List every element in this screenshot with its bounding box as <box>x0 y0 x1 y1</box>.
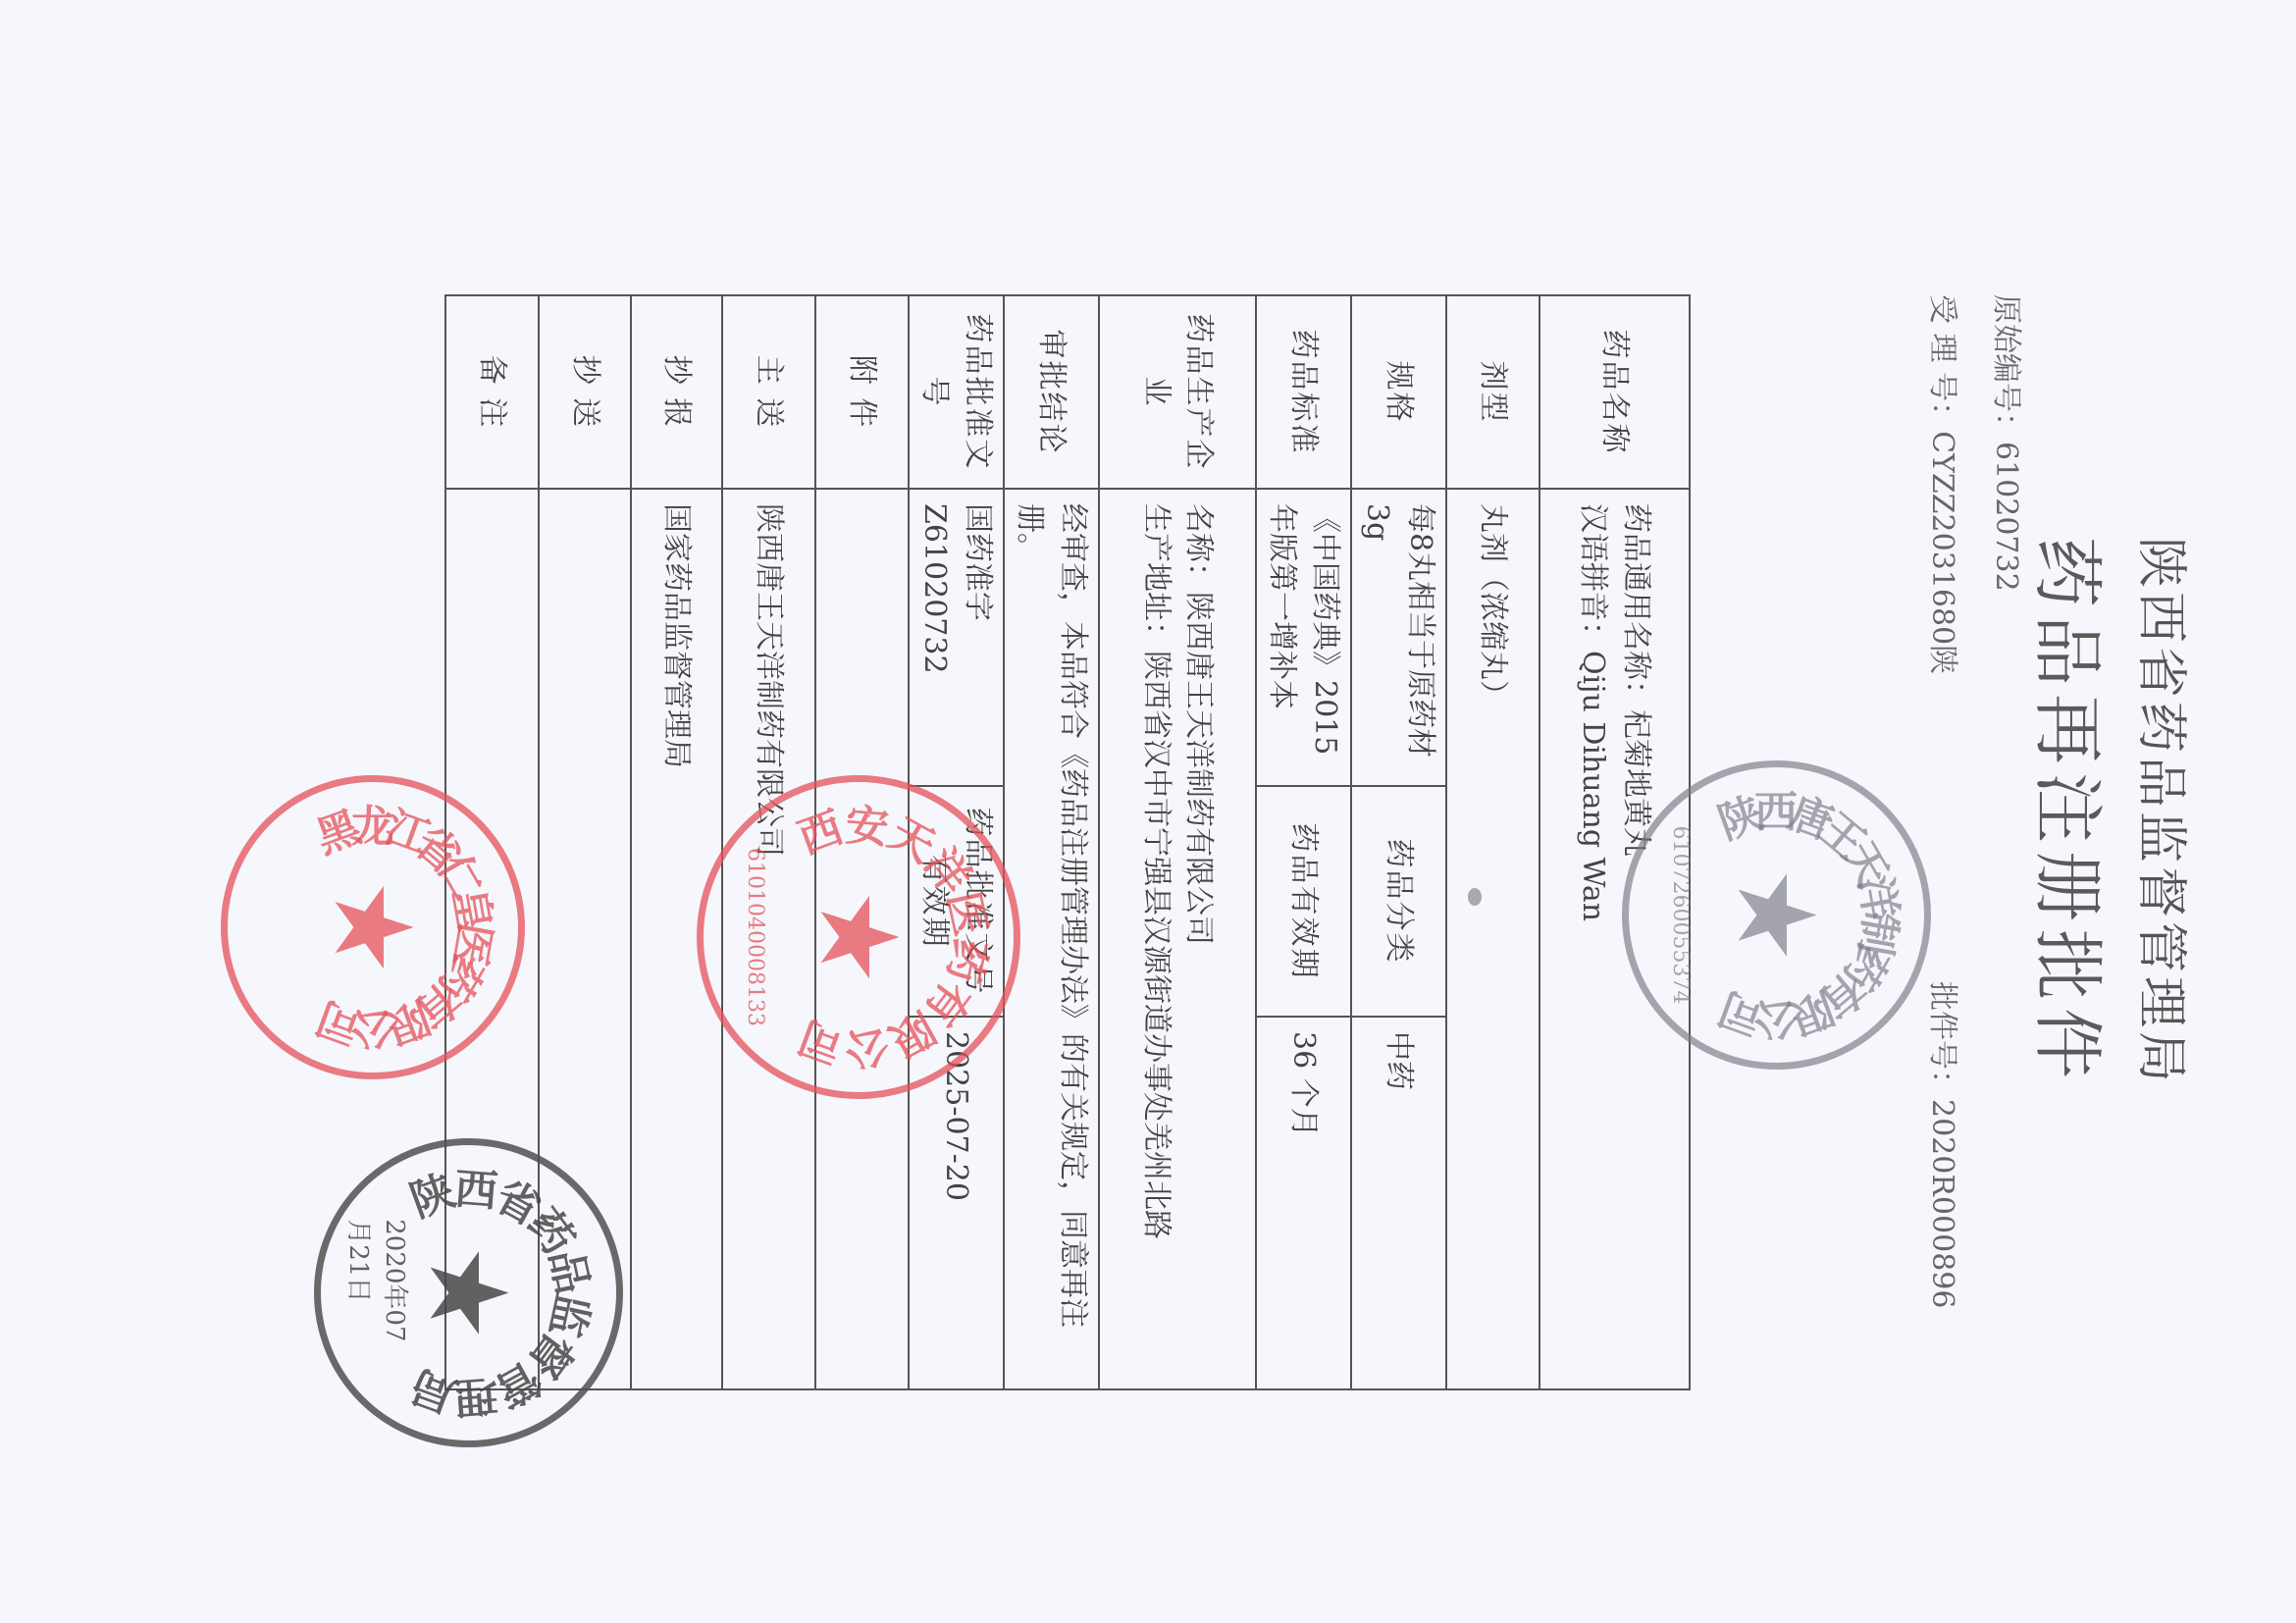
value-drug-category: 中药 <box>1351 1017 1446 1389</box>
agency-seal: 陕西省药品监督管理局2020年07月21日 ★ <box>314 1138 623 1447</box>
document-page: 陕西省药品监督管理局 药品再注册批件 原始编号：61020732 受 理 号：C… <box>0 0 2296 1623</box>
manufacturer-name: 名称：陕西唐王天洋制药有限公司 <box>1177 503 1221 1375</box>
label-drug-name: 药品名称 <box>1539 295 1690 489</box>
row-standard: 药品标准 《中国药典》2015年版第一增补本 药品有效期 36 个月 <box>1256 295 1351 1389</box>
label-approval-number: 药品批准文号 <box>909 295 1004 489</box>
row-manufacturer: 药品生产企业 名称：陕西唐王天洋制药有限公司 生产地址：陕西省汉中市宁强县汉源街… <box>1099 295 1256 1389</box>
red-seal-heilongjiang: 黑龙江省仁皇医药有限公司 ★ <box>221 775 525 1079</box>
label-attachment: 附 件 <box>815 295 909 489</box>
label-drug-category: 药品分类 <box>1351 786 1446 1017</box>
company-seal: 陕西唐王天洋制药有限公司6107260055374 ★ <box>1622 760 1931 1070</box>
value-dosage-form: 丸剂（浓缩丸） <box>1446 489 1539 1389</box>
label-dosage-form: 剂型 <box>1446 295 1539 489</box>
agency-name: 陕西省药品监督管理局 <box>2129 0 2203 1623</box>
original-number: 原始编号：61020732 <box>1988 294 2031 592</box>
label-specification: 规格 <box>1351 295 1446 489</box>
star-icon: ★ <box>415 1244 523 1341</box>
ink-speck <box>1468 888 1482 906</box>
label-remarks: 备 注 <box>445 295 539 489</box>
row-conclusion: 审批结论 经审查，本品符合《药品注册管理办法》的有关规定，同意再注册。 <box>1004 295 1099 1389</box>
label-shelf-life: 药品有效期 <box>1256 786 1351 1017</box>
star-icon: ★ <box>319 879 427 976</box>
document-title: 药品再注册批件 <box>2022 0 2124 1623</box>
label-main-recipient: 主 送 <box>722 295 815 489</box>
acceptance-number: 受 理 号：CYZZ2031680陕 <box>1924 294 1967 674</box>
red-seal-pharmacy: 西安天洋医药有限公司6101040008133 ★ <box>697 775 1020 1099</box>
row-specification: 规格 每8丸相当于原药材3g 药品分类 中药 <box>1351 295 1446 1389</box>
label-conclusion: 审批结论 <box>1004 295 1099 489</box>
value-specification: 每8丸相当于原药材3g <box>1351 489 1446 786</box>
value-approval-number: 国药准字Z61020732 <box>909 489 1004 786</box>
label-report-to: 抄 报 <box>631 295 722 489</box>
value-manufacturer: 名称：陕西唐王天洋制药有限公司 生产地址：陕西省汉中市宁强县汉源街道办事处羌州北… <box>1099 489 1256 1389</box>
manufacturer-address: 生产地址：陕西省汉中市宁强县汉源街道办事处羌州北路 <box>1135 503 1178 1375</box>
label-copy-to: 抄 送 <box>539 295 631 489</box>
approval-document-number: 批件号：2020R000896 <box>1924 981 1967 1308</box>
star-icon: ★ <box>805 889 913 986</box>
pinyin-name: 汉语拼音：Qiju Dihuang Wan <box>1572 503 1615 1375</box>
row-dosage-form: 剂型 丸剂（浓缩丸） <box>1446 295 1539 1389</box>
value-standard: 《中国药典》2015年版第一增补本 <box>1256 489 1351 786</box>
star-icon: ★ <box>1723 866 1831 964</box>
value-shelf-life: 36 个月 <box>1256 1017 1351 1389</box>
approval-table: 药品名称 药品通用名称：杞菊地黄丸 汉语拼音：Qiju Dihuang Wan … <box>444 294 1691 1390</box>
label-manufacturer: 药品生产企业 <box>1099 295 1256 489</box>
label-standard: 药品标准 <box>1256 295 1351 489</box>
